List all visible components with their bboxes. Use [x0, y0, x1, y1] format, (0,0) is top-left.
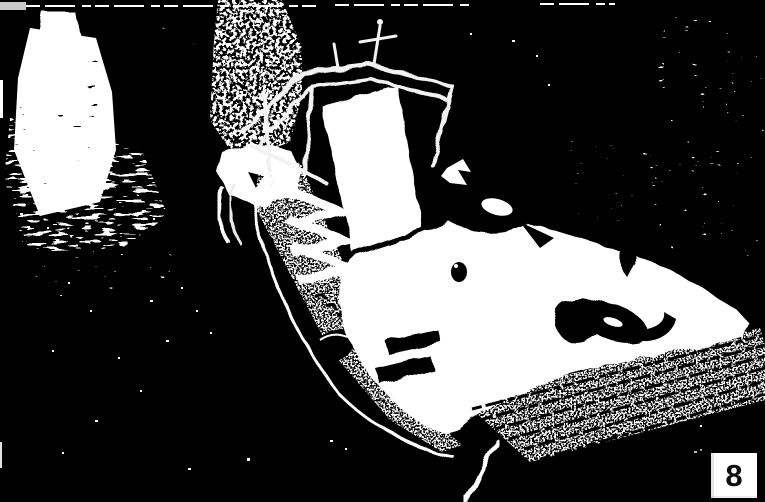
- sparkle-row: [655, 58, 765, 82]
- badge-side-speck: [694, 451, 697, 453]
- boat-night-photo: [0, 0, 765, 502]
- corner-artifact: [0, 2, 26, 10]
- scanned-photo-page: 8: [0, 0, 765, 502]
- figure-number-badge: 8: [711, 453, 757, 498]
- left-edge-sliver: [0, 80, 3, 118]
- deck-fitting-dark-spot: [451, 262, 467, 282]
- figure-number: 8: [725, 460, 742, 491]
- badge-side-speck: [700, 449, 702, 451]
- stern-splash-noise: [210, 0, 302, 162]
- deck-ring: [451, 262, 467, 282]
- left-edge-sliver: [0, 442, 2, 468]
- mast-light: [377, 19, 383, 25]
- sparkle-cluster: [555, 135, 668, 232]
- deck-ring-glint: [454, 264, 458, 268]
